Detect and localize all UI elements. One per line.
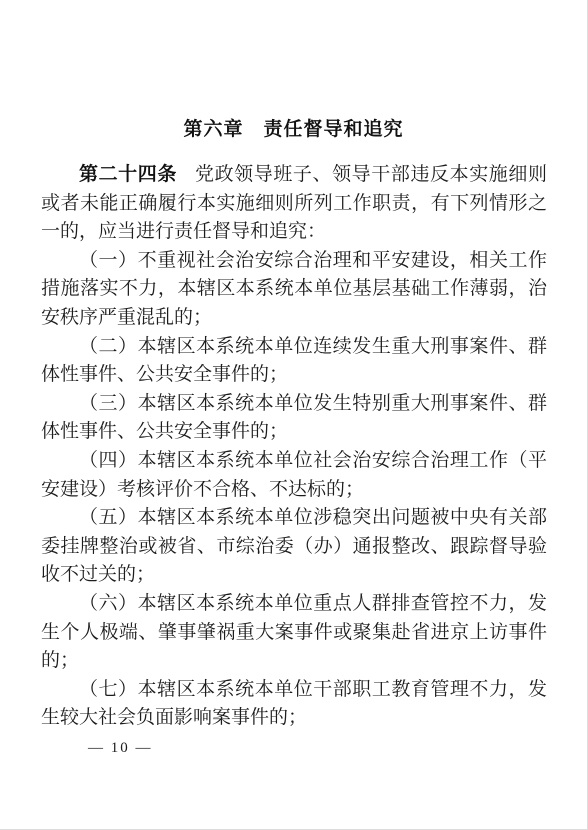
- document-page: 第六章 责任督导和追究 第二十四条党政领导班子、领导干部违反本实施细则或者未能正…: [0, 0, 588, 830]
- article-item-7: （七）本辖区本系统本单位干部职工教育管理不力，发生较大社会负面影响案事件的；: [41, 676, 547, 733]
- document-body: 第二十四条党政领导班子、领导干部违反本实施细则或者未能正确履行本实施细则所列工作…: [41, 161, 547, 733]
- article-item-6: （六）本辖区本系统本单位重点人群排查管控不力，发生个人极端、肇事肇祸重大案事件或…: [41, 590, 547, 676]
- article-number: 第二十四条: [79, 164, 177, 185]
- page-number: — 10 —: [88, 740, 153, 757]
- article-item-5: （五）本辖区本系统本单位涉稳突出问题被中央有关部委挂牌整治或被省、市综治委（办）…: [41, 504, 547, 590]
- article-item-1: （一）不重视社会治安综合治理和平安建设，相关工作措施落实不力，本辖区本系统本单位…: [41, 247, 547, 333]
- article-item-2: （二）本辖区本系统本单位连续发生重大刑事案件、群体性事件、公共安全事件的；: [41, 333, 547, 390]
- article-item-4: （四）本辖区本系统本单位社会治安综合治理工作（平安建设）考核评价不合格、不达标的…: [41, 447, 547, 504]
- chapter-title: 第六章 责任督导和追究: [0, 118, 587, 142]
- article-paragraph: 第二十四条党政领导班子、领导干部违反本实施细则或者未能正确履行本实施细则所列工作…: [41, 161, 547, 247]
- article-item-3: （三）本辖区本系统本单位发生特别重大刑事案件、群体性事件、公共安全事件的；: [41, 390, 547, 447]
